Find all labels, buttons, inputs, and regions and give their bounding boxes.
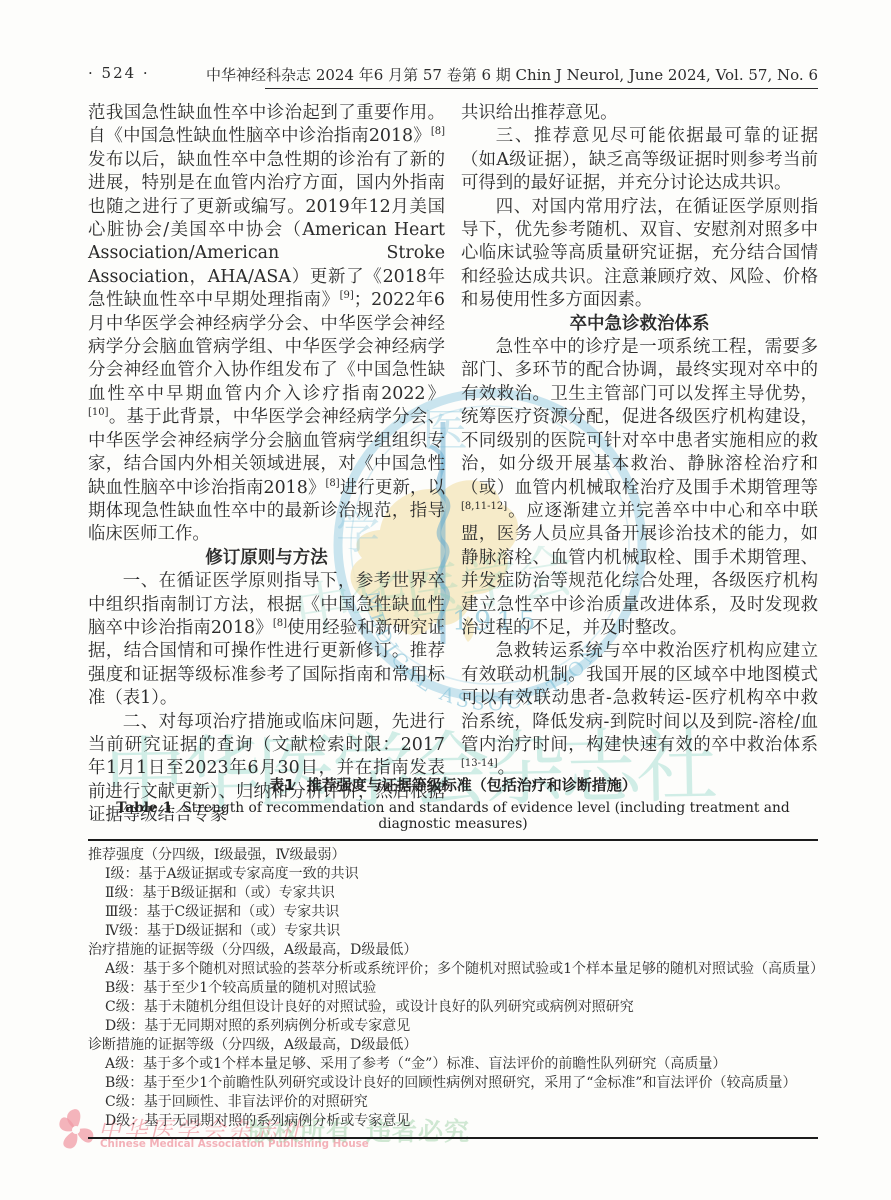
table-row: B级：基于至少1个前瞻性队列研究或设计良好的回顾性病例对照研究，采用了“金标准”… <box>88 1074 818 1093</box>
body-paragraph: 四、对国内常用疗法，在循证医学原则指导下，优先参考随机、双盲、安慰剂对照多中心临… <box>461 196 818 313</box>
table-row: 诊断措施的证据等级（分四级，A级最高，D级最低） <box>88 1036 818 1055</box>
journal-running-head: 中华神经科杂志 2024 年6 月第 57 卷第 6 期 Chin J Neur… <box>206 64 818 85</box>
table-label-zh: 表1 <box>269 776 294 794</box>
table-row: B级：基于至少1个较高质量的随机对照试验 <box>88 979 818 998</box>
table-body: 推荐强度（分四级，Ⅰ级最强，Ⅳ级最弱）Ⅰ级：基于A级证据或专家高度一致的共识Ⅱ级… <box>88 839 818 1139</box>
table-row: 推荐强度（分四级，Ⅰ级最强，Ⅳ级最弱） <box>88 846 818 865</box>
table-row: A级：基于多个或1个样本量足够、采用了参考（“金”）标准、盲法评价的前瞻性队列研… <box>88 1055 818 1074</box>
body-paragraph: 一、在循证医学原则指导下，参考世界卒中组织指南制订方法，根据《中国急性缺血性脑卒… <box>88 570 445 710</box>
page-number: · 524 · <box>88 64 150 85</box>
right-column: 共识给出推荐意见。 三、推荐意见尽可能依据最可靠的证据（如A级证据），缺乏高等级… <box>461 102 818 781</box>
table-1: 表1推荐强度与证据等级标准（包括治疗和诊断措施） Table 1Strength… <box>88 774 818 1139</box>
body-paragraph: 三、推荐意见尽可能依据最可靠的证据（如A级证据），缺乏高等级证据时则参考当前可得… <box>461 125 818 195</box>
table-row: D级：基于无同期对照的系列病例分析或专家意见 <box>88 1017 818 1036</box>
table-row: C级：基于未随机分组但设计良好的对照试验，或设计良好的队列研究或病例对照研究 <box>88 998 818 1017</box>
section-heading-revision-principles: 修订原则与方法 <box>88 547 445 570</box>
body-paragraph: 急性卒中的诊疗是一项系统工程，需要多部门、多环节的配合协调，最终实现对卒中的有效… <box>461 336 818 640</box>
body-paragraph: 范我国急性缺血性卒中诊治起到了重要作用。自《中国急性缺血性脑卒中诊治指南2018… <box>88 102 445 547</box>
body-paragraph: 急救转运系统与卒中救治医疗机构应建立有效联动机制。我国开展的区域卒中地图模式可以… <box>461 640 818 780</box>
page-header: · 524 · 中华神经科杂志 2024 年6 月第 57 卷第 6 期 Chi… <box>88 64 818 85</box>
journal-page: 医 学 1915 MEDICAL ASSOCIATION 中华医学会 中华医学会… <box>0 0 891 1200</box>
body-paragraph: 共识给出推荐意见。 <box>461 102 818 125</box>
section-heading-stroke-emergency-system: 卒中急诊救治体系 <box>461 313 818 336</box>
table-row: Ⅰ级：基于A级证据或专家高度一致的共识 <box>88 865 818 884</box>
table-row: 治疗措施的证据等级（分四级，A级最高，D级最低） <box>88 941 818 960</box>
table-title-zh: 表1推荐强度与证据等级标准（包括治疗和诊断措施） <box>88 774 818 795</box>
table-title-en: Table 1Strength of recommendation and st… <box>88 800 818 832</box>
table-row: A级：基于多个随机对照试验的荟萃分析或系统评价；多个随机对照试验或1个样本量足够… <box>88 960 818 979</box>
table-row: Ⅳ级：基于D级证据和（或）专家共识 <box>88 922 818 941</box>
table-row: D级：基于无同期对照的系列病例分析或专家意见 <box>88 1112 818 1131</box>
left-column: 范我国急性缺血性卒中诊治起到了重要作用。自《中国急性缺血性脑卒中诊治指南2018… <box>88 102 445 828</box>
table-label-en: Table 1 <box>116 800 172 816</box>
header-rule <box>265 88 818 89</box>
table-row: Ⅲ级：基于C级证据和（或）专家共识 <box>88 903 818 922</box>
table-row: Ⅱ级：基于B级证据和（或）专家共识 <box>88 884 818 903</box>
table-row: C级：基于回顾性、非盲法评价的对照研究 <box>88 1093 818 1112</box>
